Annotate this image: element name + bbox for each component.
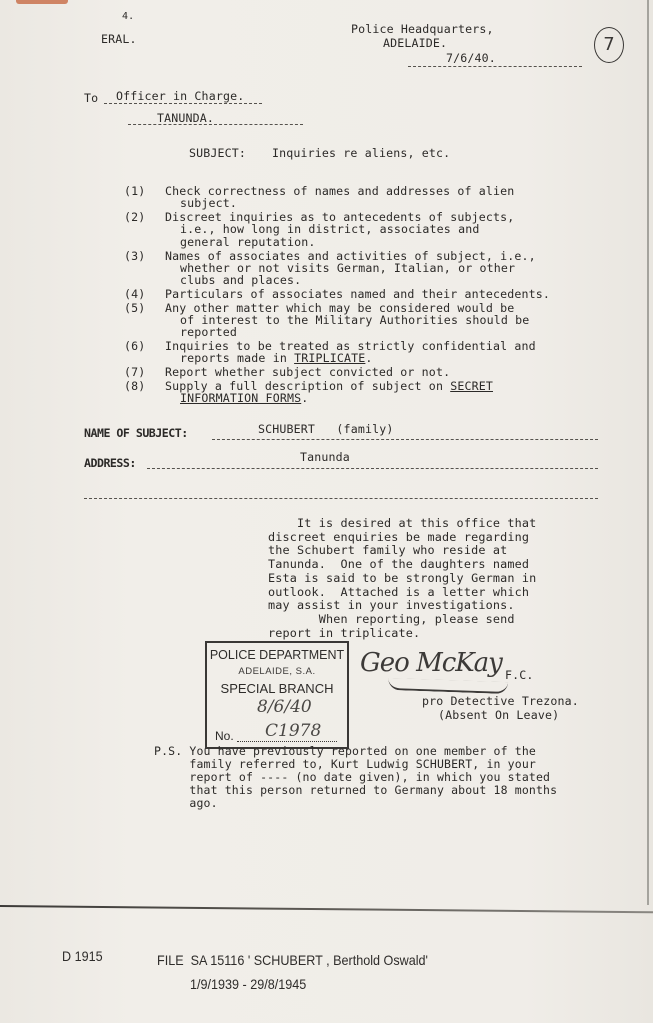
instruction-line: reported: [180, 326, 237, 340]
station-rule: [128, 124, 303, 125]
body-line: Esta is said to be strongly German in: [268, 572, 536, 586]
instruction-number: (5): [124, 302, 145, 316]
stamp-line-1: POLICE DEPARTMENT: [207, 648, 347, 662]
archive-ref: D 1915: [62, 948, 103, 964]
subject-label: SUBJECT:: [189, 147, 246, 161]
stamp-no-label: No.: [215, 729, 234, 743]
instruction-line: Report whether subject convicted or not.: [165, 366, 450, 380]
stamp-number: C1978: [265, 721, 321, 741]
instruction-number: (7): [124, 366, 145, 380]
page-fold-line: [0, 905, 653, 913]
stamp-line-3: SPECIAL BRANCH: [207, 681, 347, 696]
signature: Geo McKay: [360, 648, 502, 678]
instruction-number: (3): [124, 250, 145, 264]
name-of-subject-value: SCHUBERT (family): [258, 423, 393, 437]
body-line: may assist in your investigations.: [268, 599, 515, 613]
signature-flourish: [388, 678, 508, 694]
page-edge: [647, 0, 649, 905]
body-line: the Schubert family who reside at: [268, 544, 507, 558]
stamp-number-line: [237, 741, 337, 742]
address-value: Tanunda: [300, 451, 350, 465]
instruction-number: (1): [124, 185, 145, 199]
page-number: 7: [594, 27, 624, 63]
adhesive-tape-fragment: [16, 0, 68, 4]
body-line: report in triplicate.: [268, 627, 420, 641]
address-rule: [147, 468, 598, 469]
absent-line: (Absent On Leave): [438, 709, 559, 723]
archive-file: FILE SA 15116 ' SCHUBERT , Berthold Oswa…: [157, 952, 428, 968]
stamp-line-2: ADELAIDE, S.A.: [207, 666, 347, 677]
instruction-line: INFORMATION FORMS.: [180, 392, 308, 406]
stamp-date: 8/6/40: [257, 697, 312, 717]
instruction-number: (8): [124, 380, 145, 394]
body-line: It is desired at this office that: [268, 517, 536, 531]
body-line: outlook. Attached is a letter which: [268, 586, 529, 600]
address-label: ADDRESS:: [84, 457, 136, 471]
from-line-1: Police Headquarters,: [351, 23, 494, 37]
from-line-2: ADELAIDE.: [383, 37, 447, 51]
blank-rule: [84, 498, 598, 499]
date-rule: [408, 66, 582, 67]
instruction-line: Particulars of associates named and thei…: [165, 288, 550, 302]
to-recipient: Officer in Charge.: [116, 90, 244, 104]
document-page: 4. ERAL. Police Headquarters, ADELAIDE. …: [0, 0, 653, 1023]
body-line: discreet enquiries be made regarding: [268, 531, 529, 545]
signature-rank: F.C.: [505, 669, 534, 683]
dept-mark: 4.: [122, 10, 134, 24]
instruction-line: subject.: [180, 197, 237, 211]
name-of-subject-label: NAME OF SUBJECT:: [84, 427, 188, 441]
name-rule: [212, 439, 598, 440]
body-line: Tanunda. One of the daughters named: [268, 558, 529, 572]
pro-line: pro Detective Trezona.: [422, 695, 579, 709]
instruction-line: clubs and places.: [180, 274, 301, 288]
instruction-number: (6): [124, 340, 145, 354]
letter-date: 7/6/40.: [446, 52, 496, 66]
instruction-number: (2): [124, 211, 145, 225]
to-rule: [104, 103, 262, 104]
special-branch-stamp: POLICE DEPARTMENT ADELAIDE, S.A. SPECIAL…: [205, 641, 349, 749]
postscript-line: ago.: [154, 797, 218, 811]
instruction-number: (4): [124, 288, 145, 302]
instruction-line: general reputation.: [180, 236, 315, 250]
subject-value: Inquiries re aliens, etc.: [272, 147, 450, 161]
dept-fragment: ERAL.: [101, 33, 137, 47]
body-line: When reporting, please send: [268, 613, 515, 627]
archive-dates: 1/9/1939 - 29/8/1945: [190, 976, 306, 992]
to-label: To: [84, 92, 98, 106]
instruction-line: reports made in TRIPLICATE.: [180, 352, 373, 366]
